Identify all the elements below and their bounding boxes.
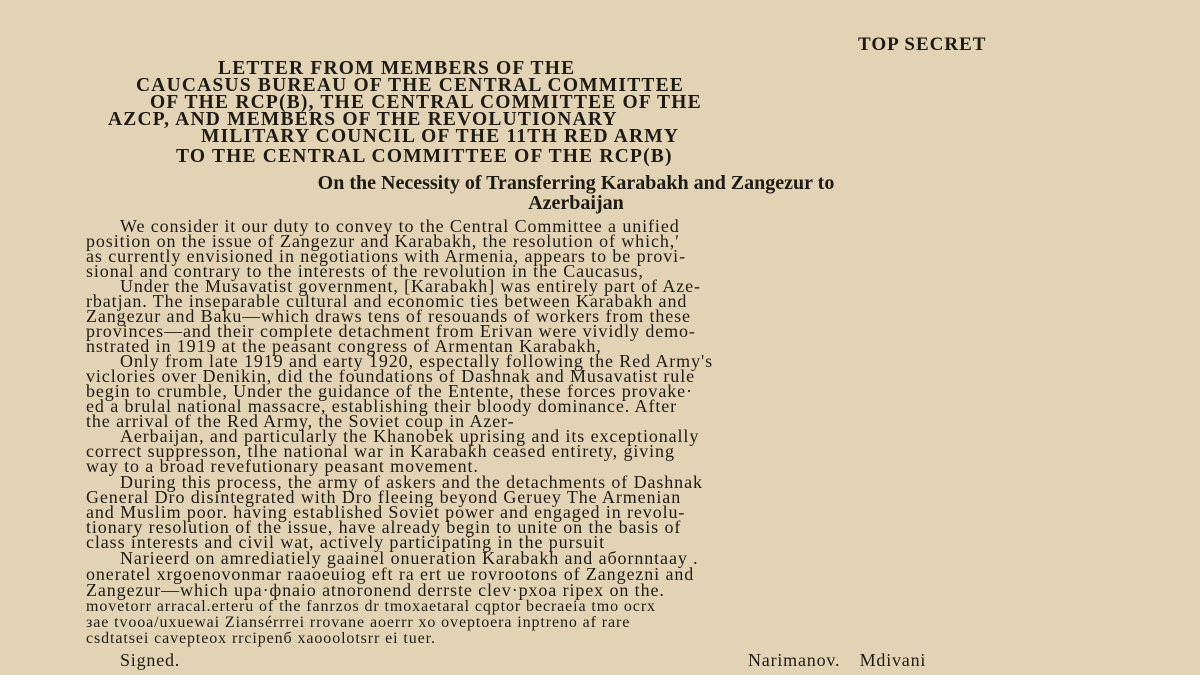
document-page: TOP SECRET LETTER FROM MEMBERS OF THE CA… (0, 0, 1200, 675)
subtitle-line: On the Necessity of Transferring Karabak… (86, 173, 1066, 193)
body-line: csdtatsei cavepteox rrcipenб xaooolotsrr… (86, 629, 436, 649)
heading-line: TO THE CENTRAL COMMITTEE OF THE RCP(B) (176, 147, 673, 167)
signed-label: Signed. (120, 650, 180, 671)
heading-line: MILITARY COUNCIL OF THE 11TH RED ARMY (201, 127, 679, 147)
signatories: Narimanov. Mdivani (748, 650, 926, 671)
classification-stamp: TOP SECRET (858, 34, 986, 56)
subtitle-line: Azerbaijan (86, 193, 1066, 213)
document-subtitle: On the Necessity of Transferring Karabak… (86, 173, 1066, 213)
